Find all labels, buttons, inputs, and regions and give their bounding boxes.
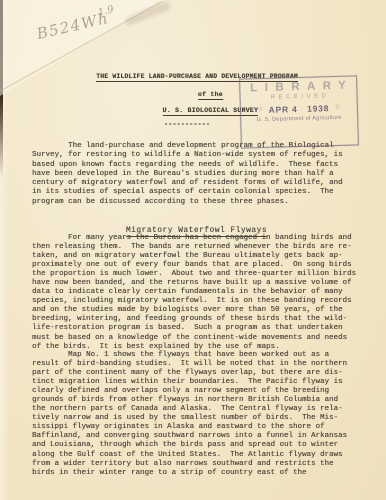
- scanned-document-page: 1.9 B524Wh THE WILDLIFE LAND-PURCHASE AN…: [0, 0, 386, 500]
- stamp-date-row: ☆ APR 4 1938 ☆: [257, 103, 340, 115]
- library-received-stamp: LIBRARY RECEIVED ☆ APR 4 1938 ☆ U. S. De…: [239, 75, 359, 148]
- star-icon: ☆: [334, 103, 341, 113]
- body-paragraph-3: Map No. 1 shows the flyways that have be…: [32, 351, 347, 478]
- body-paragraph-2: For many years the Bureau has been engag…: [32, 234, 356, 352]
- stamp-date: APR 4 1938: [268, 103, 329, 115]
- body-paragraph-1: The land-purchase and development progra…: [32, 142, 343, 207]
- title-of-the-text: of the: [198, 91, 223, 100]
- stamp-library-text: LIBRARY: [243, 79, 353, 94]
- stamp-received-text: RECEIVED: [268, 93, 330, 102]
- stamp-department-text: U. S. Department of Agriculture: [257, 115, 342, 124]
- star-icon: ☆: [257, 105, 264, 115]
- title-divider: -----------: [164, 121, 210, 129]
